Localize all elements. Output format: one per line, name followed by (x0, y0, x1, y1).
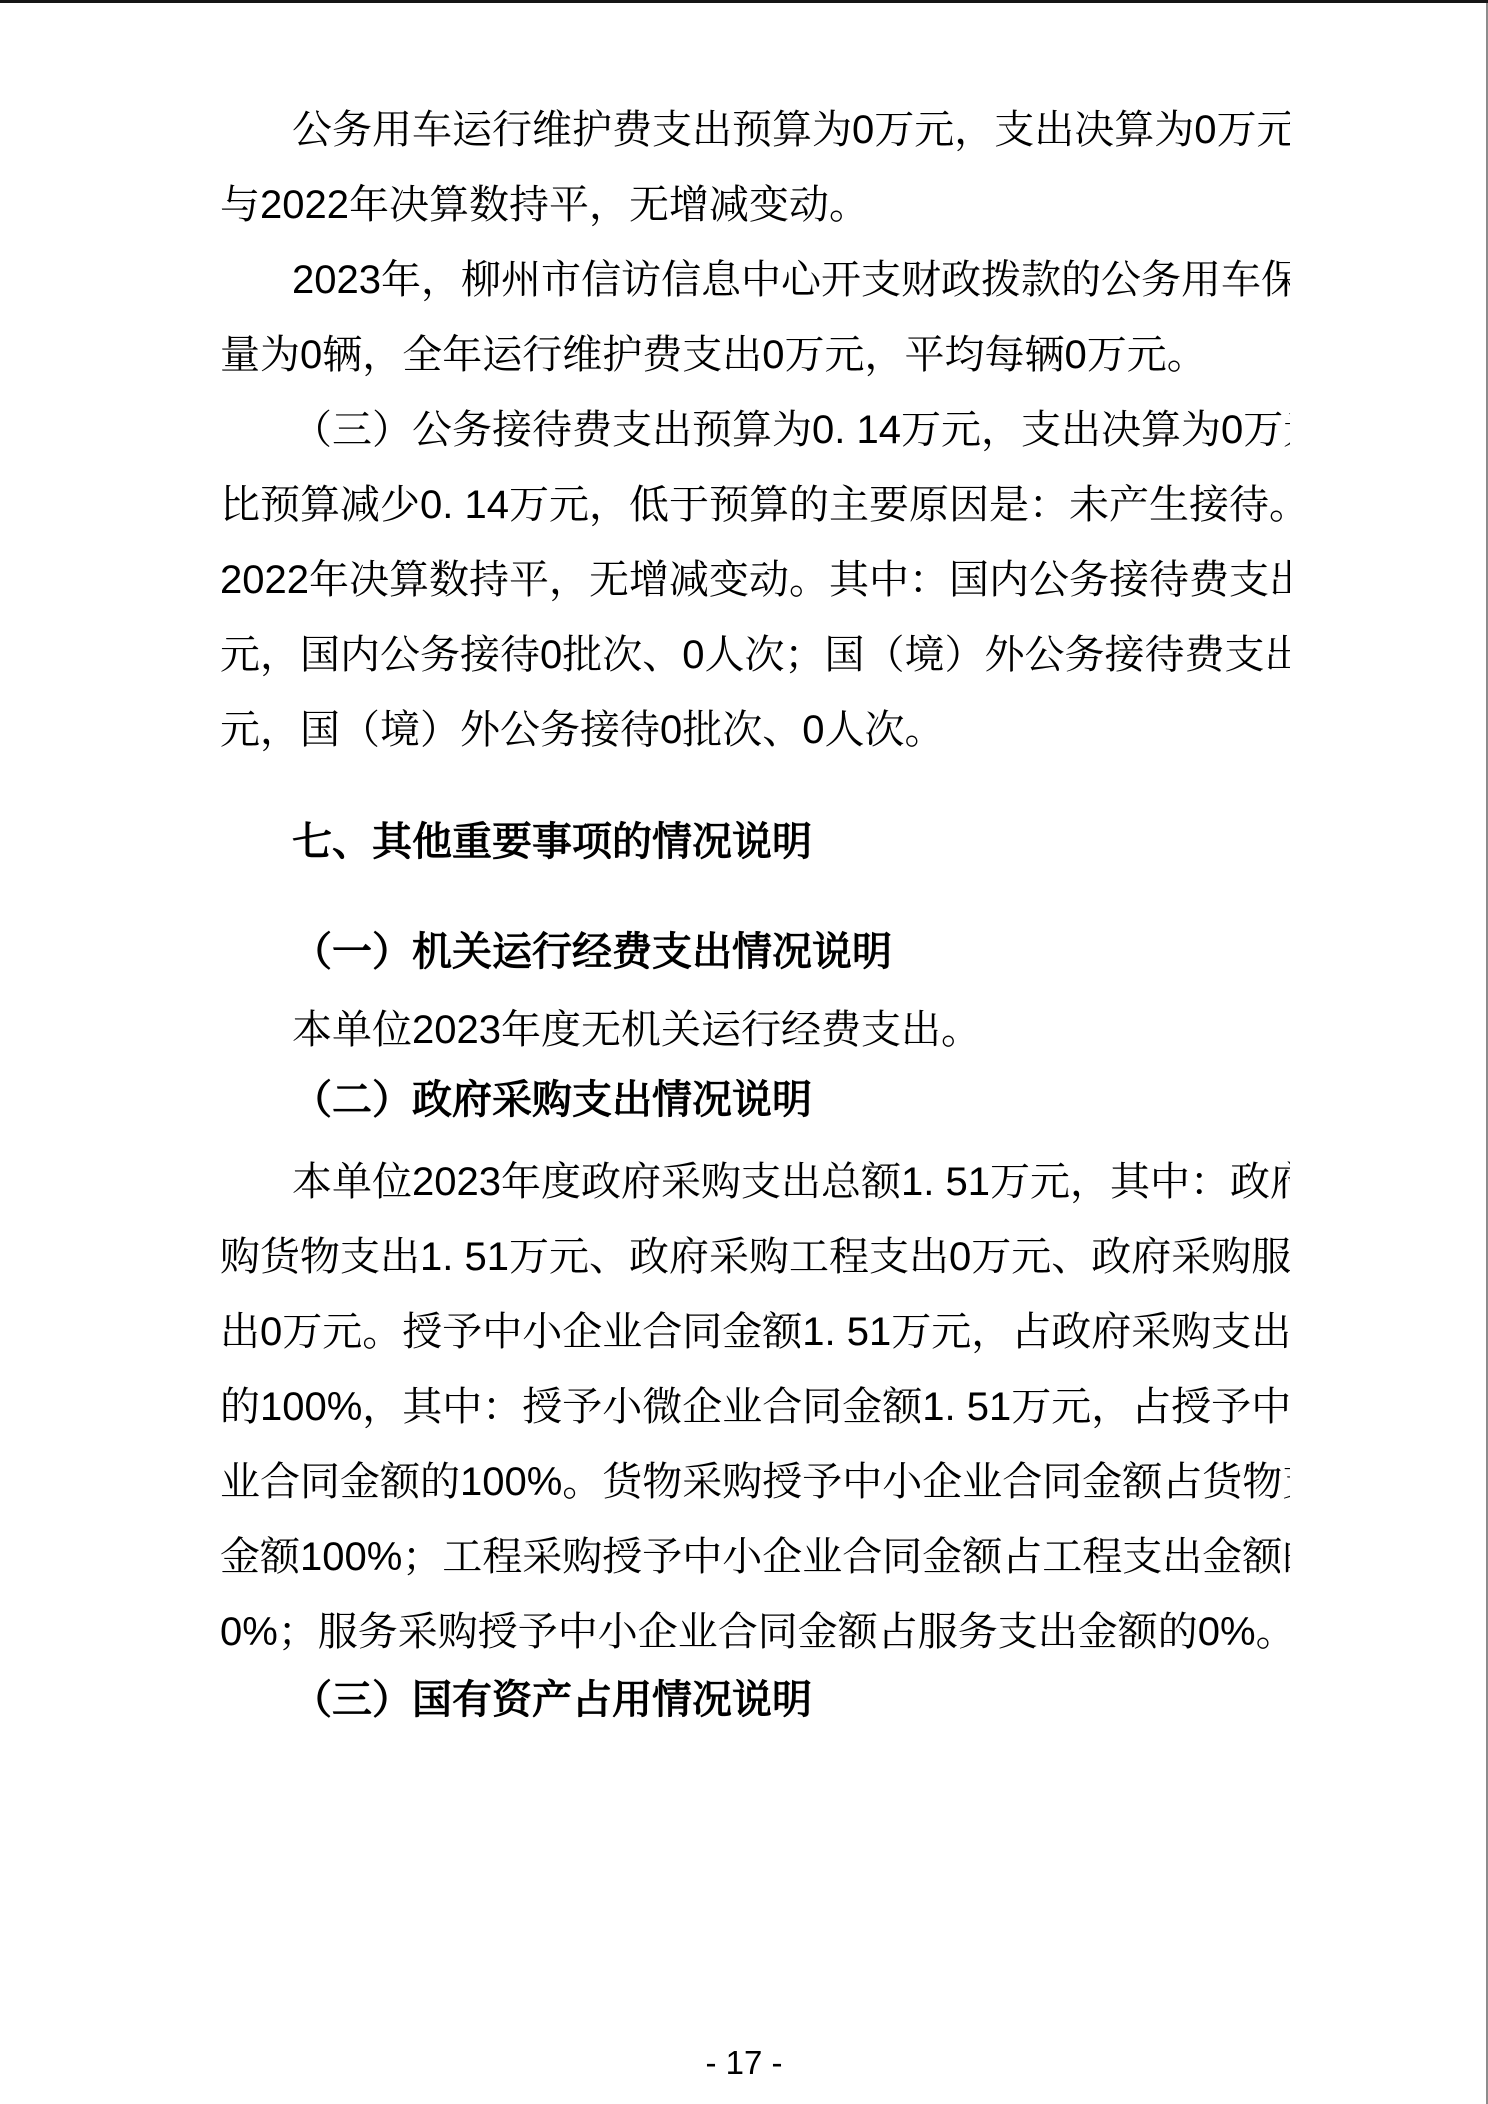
text-line: 量为0辆，全年运行维护费支出0万元，平均每辆0万元。 (220, 318, 1290, 393)
section-heading-other-important-matters: 七、其他重要事项的情况说明 (220, 805, 1290, 880)
document-page: 公务用车运行维护费支出预算为0万元，支出决算为0万元。 与2022年决算数持平，… (0, 0, 1488, 2104)
text-line: 的100%，其中：授予小微企业合同金额1. 51万元，占授予中小企 (220, 1370, 1290, 1445)
text-line: 购货物支出1. 51万元、政府采购工程支出0万元、政府采购服务支 (220, 1220, 1290, 1295)
heading-line: 七、其他重要事项的情况说明 (220, 805, 1290, 880)
paragraph-fleet-holdings: 2023年，柳州市信访信息中心开支财政拨款的公务用车保有 量为0辆，全年运行维护… (220, 243, 1290, 393)
text-line: 与2022年决算数持平，无增减变动。 (220, 168, 1290, 243)
text-line: 本单位2023年度无机关运行经费支出。 (220, 993, 1290, 1068)
text-line: 0%；服务采购授予中小企业合同金额占服务支出金额的0%。 (220, 1595, 1290, 1670)
paragraph-reception-expenses: （三）公务接待费支出预算为0. 14万元，支出决算为0万元， 比预算减少0. 1… (220, 393, 1290, 768)
text-line: 元，国（境）外公务接待0批次、0人次。 (220, 693, 1290, 768)
heading-line: （三）国有资产占用情况说明 (220, 1663, 1290, 1738)
paragraph-government-procurement: 本单位2023年度政府采购支出总额1. 51万元，其中：政府采 购货物支出1. … (220, 1145, 1290, 1670)
text-line: 元，国内公务接待0批次、0人次；国（境）外公务接待费支出0万 (220, 618, 1290, 693)
subsection-heading-government-procurement: （二）政府采购支出情况说明 (220, 1063, 1290, 1138)
heading-line: （二）政府采购支出情况说明 (220, 1063, 1290, 1138)
text-line: 本单位2023年度政府采购支出总额1. 51万元，其中：政府采 (220, 1145, 1290, 1220)
text-line: （三）公务接待费支出预算为0. 14万元，支出决算为0万元， (220, 393, 1290, 468)
page-number: - 17 - (0, 2043, 1488, 2083)
subsection-heading-state-owned-assets: （三）国有资产占用情况说明 (220, 1663, 1290, 1738)
subsection-heading-operating-funds: （一）机关运行经费支出情况说明 (220, 915, 1290, 990)
heading-line: （一）机关运行经费支出情况说明 (220, 915, 1290, 990)
paragraph-vehicle-maintenance: 公务用车运行维护费支出预算为0万元，支出决算为0万元。 与2022年决算数持平，… (220, 93, 1290, 243)
text-line: 公务用车运行维护费支出预算为0万元，支出决算为0万元。 (220, 93, 1290, 168)
text-line: 2023年，柳州市信访信息中心开支财政拨款的公务用车保有 (220, 243, 1290, 318)
paragraph-operating-funds: 本单位2023年度无机关运行经费支出。 (220, 993, 1290, 1068)
text-line: 金额100%；工程采购授予中小企业合同金额占工程支出金额的 (220, 1520, 1290, 1595)
text-line: 2022年决算数持平，无增减变动。其中：国内公务接待费支出0万 (220, 543, 1290, 618)
text-line: 业合同金额的100%。货物采购授予中小企业合同金额占货物支出 (220, 1445, 1290, 1520)
text-line: 出0万元。授予中小企业合同金额1. 51万元，占政府采购支出总额 (220, 1295, 1290, 1370)
text-line: 比预算减少0. 14万元，低于预算的主要原因是：未产生接待。与 (220, 468, 1290, 543)
